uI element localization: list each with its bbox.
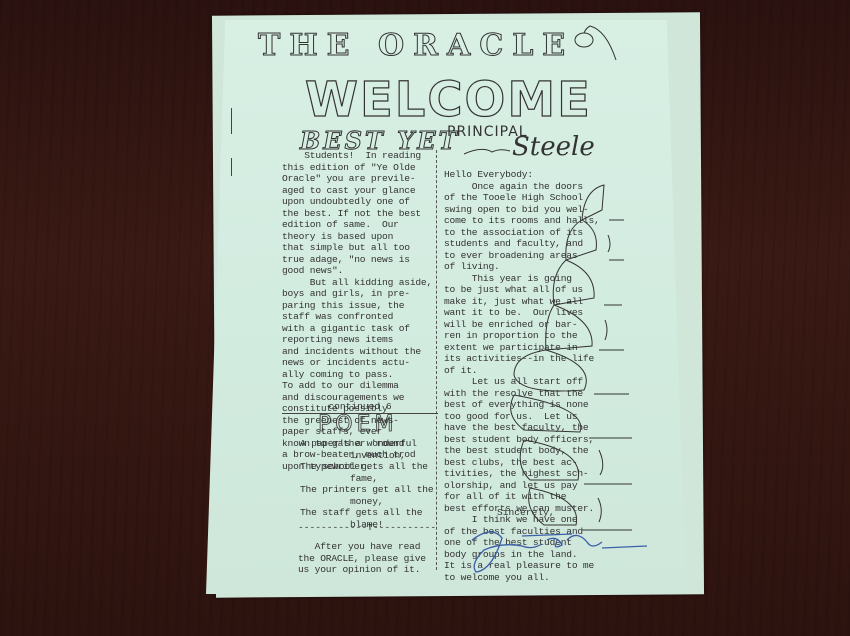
section-separator: ------------T-----------: [298, 522, 436, 533]
margin-mark: [231, 158, 232, 176]
hand-drawing-icon: [484, 180, 634, 560]
closing-note: After you have read the ORACLE, please g…: [298, 541, 438, 576]
sign-off: Sincerely,: [497, 507, 555, 518]
welcome-banner: WELCOME: [305, 76, 592, 124]
signature-icon: [462, 520, 652, 580]
margin-mark: [231, 108, 232, 134]
masthead-title: THE ORACLE: [258, 28, 574, 63]
poem-text: A paper's a wonderful invention, The sch…: [300, 438, 440, 530]
poem-title: POEM: [318, 412, 397, 437]
apple-doodle-icon: [570, 20, 620, 65]
flourish-icon: [462, 144, 512, 158]
principal-name: Steele: [512, 132, 595, 162]
